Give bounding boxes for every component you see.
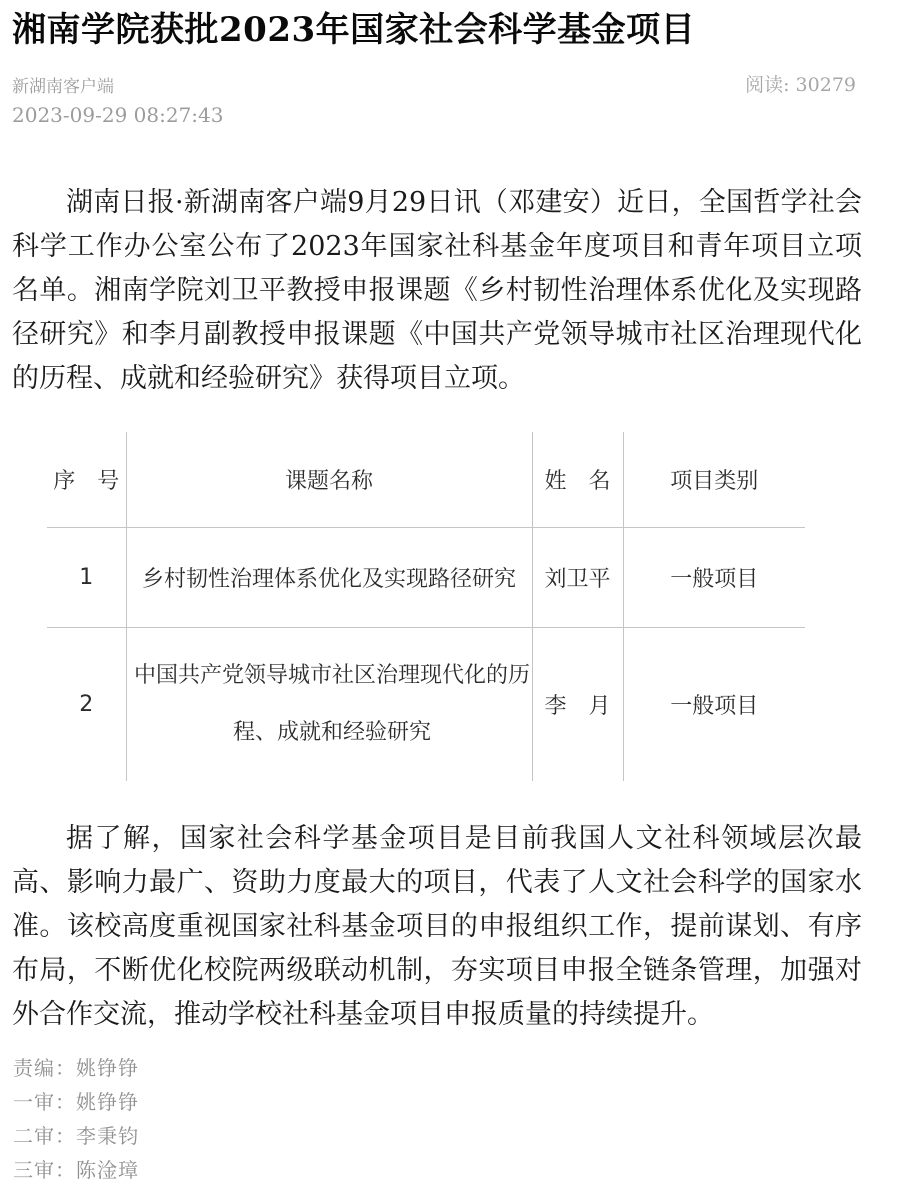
article-footer: 责编：姚铮铮 一审：姚铮铮 二审：李秉钧 三审：陈淦璋 xyxy=(13,1051,860,1187)
source-label: 新湖南客户端 xyxy=(12,72,114,97)
header-seq: 序 号 xyxy=(47,432,126,527)
cell-topic: 乡村韧性治理体系优化及实现路径研究 xyxy=(126,527,532,627)
article-page: 湘南学院获批2023年国家社会科学基金项目 新湖南客户端 阅读: 30279 2… xyxy=(0,8,900,1188)
table-row: 1 乡村韧性治理体系优化及实现路径研究 刘卫平 一般项目 xyxy=(47,527,805,627)
cell-category: 一般项目 xyxy=(623,627,805,781)
paragraph-1: 湖南日报·新湖南客户端9月29日讯（邓建安）近日，全国哲学社会科学工作办公室公布… xyxy=(12,181,862,401)
table-header-row: 序 号 课题名称 姓 名 项目类别 xyxy=(47,432,805,527)
footer-line-first-review: 一审：姚铮铮 xyxy=(13,1085,860,1119)
cell-seq: 1 xyxy=(47,527,126,627)
cell-name: 刘卫平 xyxy=(532,527,623,627)
cell-topic: 中国共产党领导城市社区治理现代化的历程、成就和经验研究 xyxy=(126,627,532,781)
footer-line-second-review: 二审：李秉钧 xyxy=(13,1119,860,1153)
publish-time: 2023-09-29 08:27:43 xyxy=(12,103,860,127)
cell-seq: 2 xyxy=(47,627,126,781)
footer-line-third-review: 三审：陈淦璋 xyxy=(13,1153,860,1187)
table-row: 2 中国共产党领导城市社区治理现代化的历程、成就和经验研究 李 月 一般项目 xyxy=(47,627,805,781)
header-category: 项目类别 xyxy=(623,432,805,527)
header-topic: 课题名称 xyxy=(126,432,532,527)
footer-line-editor: 责编：姚铮铮 xyxy=(13,1051,860,1085)
projects-table: 序 号 课题名称 姓 名 项目类别 1 乡村韧性治理体系优化及实现路径研究 刘卫… xyxy=(47,432,805,781)
header-name: 姓 名 xyxy=(532,432,623,527)
paragraph-2: 据了解，国家社会科学基金项目是目前我国人文社科领域层次最高、影响力最广、资助力度… xyxy=(12,817,862,1037)
read-count: 阅读: 30279 xyxy=(745,70,856,97)
article-meta: 新湖南客户端 阅读: 30279 xyxy=(12,70,856,97)
cell-name: 李 月 xyxy=(532,627,623,781)
article-title: 湘南学院获批2023年国家社会科学基金项目 xyxy=(12,8,860,52)
cell-category: 一般项目 xyxy=(623,527,805,627)
